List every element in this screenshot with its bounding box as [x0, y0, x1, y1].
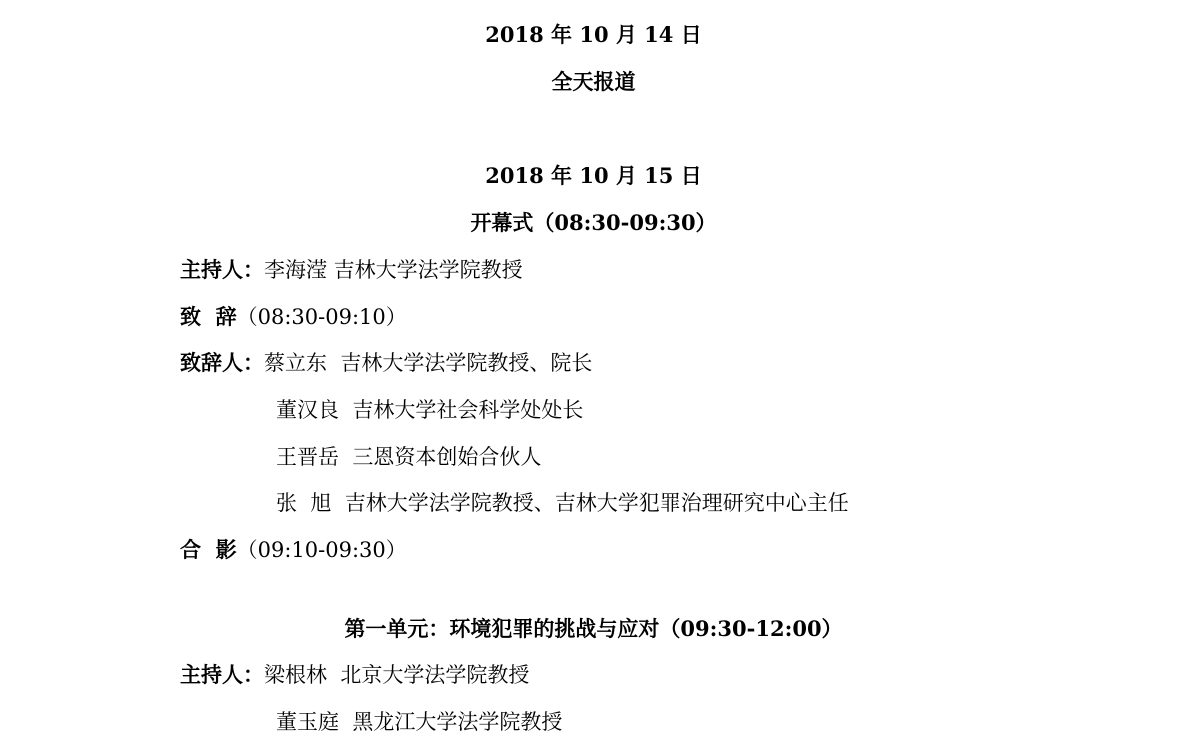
host-label: 主持人： [180, 257, 264, 282]
photo-row: 合 影（09:10-09:30） [180, 535, 407, 565]
photo-time: （09:10-09:30） [237, 538, 407, 562]
speaker-item: 王晋岳 三恩资本创始合伙人 [276, 442, 541, 472]
speaker-item: 蔡立东 吉林大学法学院教授、院长 [264, 351, 592, 375]
unit1-hosts-row: 主持人：梁根林 北京大学法学院教授 [180, 660, 529, 690]
day2-date: 2018 年 10 月 15 日 [0, 161, 1187, 191]
day1-date: 2018 年 10 月 14 日 [0, 20, 1187, 50]
host-value: 李海滢 吉林大学法学院教授 [264, 258, 523, 282]
speaker-item: 张 旭 吉林大学法学院教授、吉林大学犯罪治理研究中心主任 [276, 488, 849, 518]
speaker-item: 董汉良 吉林大学社会科学处处长 [276, 395, 583, 425]
speakers-row: 致辞人：蔡立东 吉林大学法学院教授、院长 [180, 348, 592, 378]
speech-row: 致 辞（08:30-09:10） [180, 302, 407, 332]
host-item: 梁根林 北京大学法学院教授 [264, 663, 529, 687]
speech-label: 致 辞 [180, 304, 237, 329]
opening-title: 开幕式（08:30-09:30） [0, 208, 1187, 238]
speech-time: （08:30-09:10） [237, 305, 407, 329]
opening-host-row: 主持人：李海滢 吉林大学法学院教授 [180, 255, 523, 285]
speakers-label: 致辞人： [180, 350, 264, 375]
unit1-hosts-label: 主持人： [180, 662, 264, 687]
host-item: 董玉庭 黑龙江大学法学院教授 [276, 707, 562, 737]
photo-label: 合 影 [180, 537, 237, 562]
day1-event: 全天报道 [0, 67, 1187, 97]
unit1-title: 第一单元：环境犯罪的挑战与应对（09:30-12:00） [0, 614, 1187, 644]
